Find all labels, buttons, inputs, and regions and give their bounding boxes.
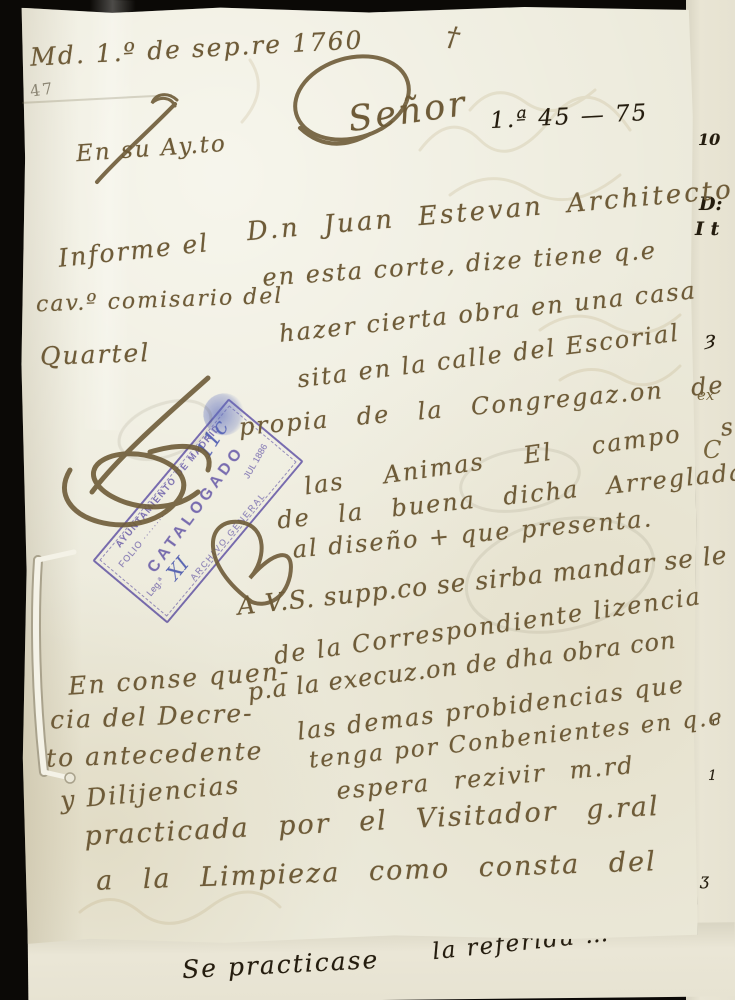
- edge-fragment: 10: [698, 130, 720, 149]
- edge-fragment: 1: [708, 768, 717, 784]
- edge-fragment: ʒ: [700, 870, 709, 889]
- margin-note-line: Quartel: [40, 338, 151, 371]
- folio-number-pencil: 47: [29, 78, 56, 100]
- edge-fragment: I t: [695, 218, 719, 240]
- scanned-manuscript-photo: 10 D: I t ȝ ex C o 1 ʒ Se practicase la …: [0, 0, 735, 1000]
- edge-fragment: ȝ: [705, 326, 715, 350]
